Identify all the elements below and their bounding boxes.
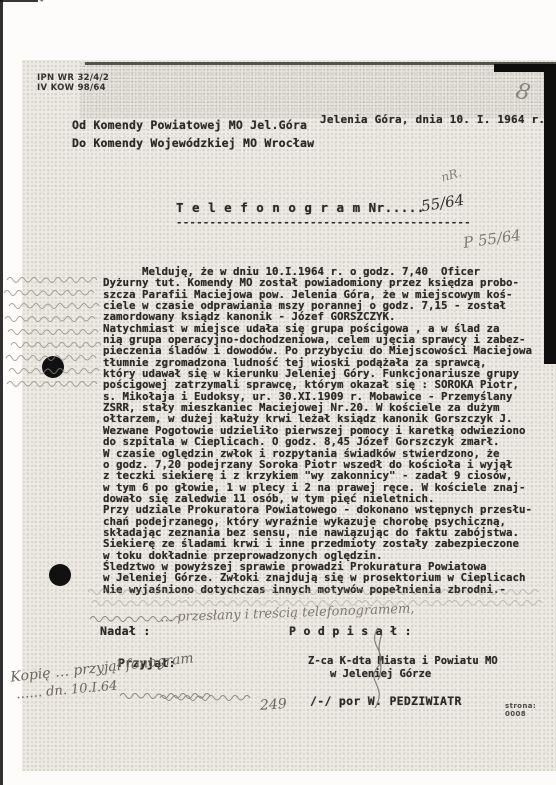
signature-flourish — [360, 628, 400, 713]
telegram-body: Melduję, że w dniu 10.I.1964 r. o godz. … — [103, 266, 553, 595]
signer-unit-line1: Z-ca K-dta Miasta i Powiatu MO — [308, 655, 498, 668]
scanned-telegram-page: IPN WR 32/4/2 IV KOW 98/64 Jelenia Góra,… — [0, 0, 556, 785]
scan-noise-band — [80, 62, 556, 118]
page-number: strona: 0008 — [505, 702, 556, 718]
title-underline: ----------------------------------------… — [176, 216, 471, 229]
sent-label: Nadał : — [100, 624, 151, 638]
margin-pencil-notes — [3, 276, 103, 406]
address-to: Do Komendy Wojewódzkiej MO Wrocław — [72, 134, 314, 152]
photocopy-topleft-edge — [0, 0, 38, 2]
address-from: Od Komendy Powiatowej MO Jel.Góra — [72, 116, 314, 134]
bottom-pencil-squiggle — [120, 690, 240, 704]
hole-punch-dot-bottom — [49, 564, 71, 586]
archive-stamp-line1: IPN WR 32/4/2 — [37, 73, 109, 83]
archive-stamp-line2: IV KOW 98/64 — [37, 83, 109, 93]
signer-unit: Z-ca K-dta Miasta i Powiatu MO w Jelenie… — [308, 655, 498, 681]
archive-stamp: IPN WR 32/4/2 IV KOW 98/64 — [37, 73, 109, 93]
handwritten-bottom-number: 249 — [259, 696, 287, 714]
document-title: T e l e f o n o g r a m Nr..... — [176, 200, 425, 215]
photocopy-top-edge — [85, 62, 556, 65]
address-block: Od Komendy Powiatowej MO Jel.Góra Do Kom… — [72, 116, 314, 152]
signer-unit-line2: w Jeleniej Górze — [308, 668, 498, 681]
dateline: Jelenia Góra, dnia 10. I. 1964 r. — [320, 113, 545, 126]
